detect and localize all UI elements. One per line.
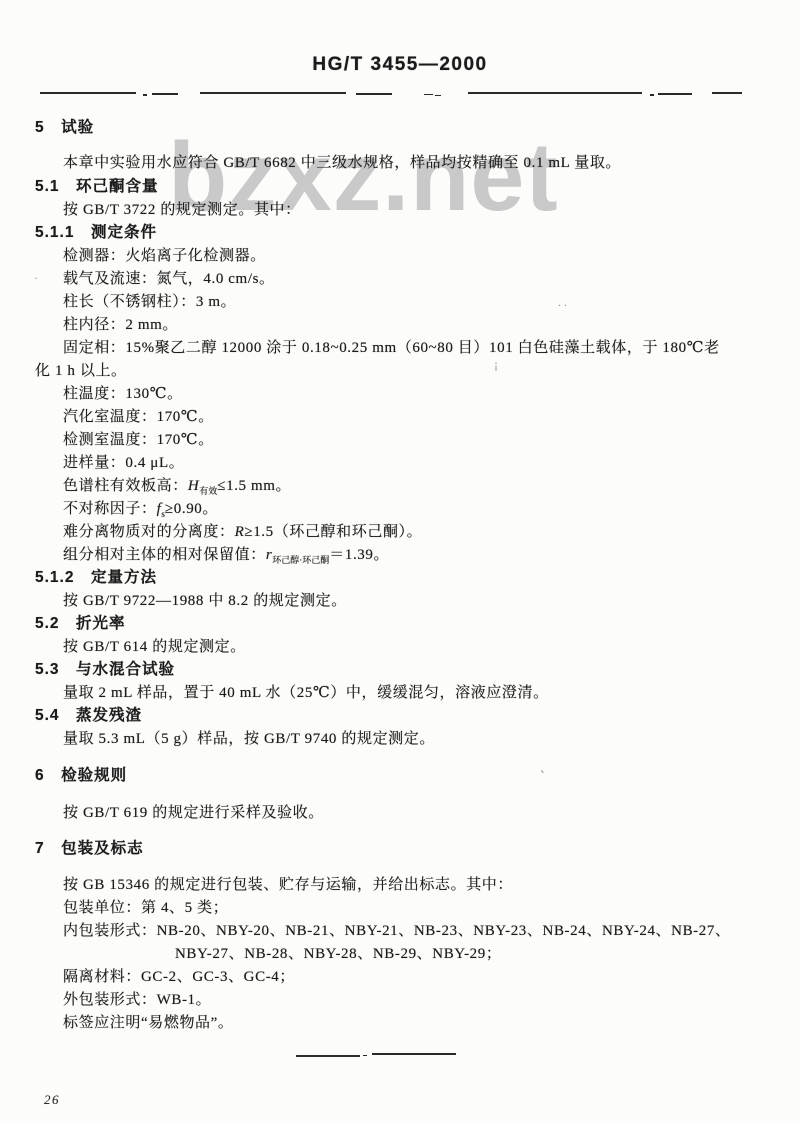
end-rule-segment xyxy=(372,1053,456,1055)
page-number: 26 xyxy=(44,1092,60,1108)
text-line: 按 GB/T 614 的规定测定。 xyxy=(63,637,246,657)
text-line: 检测器：火焰离子化检测器。 xyxy=(63,246,266,266)
text-line: 标签应注明“易燃物品”。 xyxy=(63,1013,234,1033)
text-line: 包装单位：第 4、5 类； xyxy=(63,898,228,918)
header-rule-segment xyxy=(424,94,433,95)
text-line: 载气及流速：氮气，4.0 cm/s。 xyxy=(63,269,275,289)
section-heading: 7 包装及标志 xyxy=(35,839,144,859)
text-line: 量取 5.3 mL（5 g）样品，按 GB/T 9740 的规定测定。 xyxy=(63,729,435,749)
text-line: 组分相对主体的相对保留值：r环己醇·环己酮＝1.39。 xyxy=(63,545,389,570)
section-heading: 5.4 蒸发残渣 xyxy=(35,706,142,726)
header-rule-segment xyxy=(650,94,654,96)
header-rule-segment xyxy=(200,92,346,94)
text-line: 量取 2 mL 样品，置于 40 mL 水（25℃）中，缓缓混匀，溶液应澄清。 xyxy=(63,683,549,703)
end-rule-segment xyxy=(296,1055,360,1057)
text-line: 难分离物质对的分离度：R≥1.5（环己醇和环己酮）。 xyxy=(63,522,422,542)
text-line: 本章中实验用水应符合 GB/T 6682 中三级水规格，样品均按精确至 0.1 … xyxy=(63,153,621,173)
header-rule-segment xyxy=(658,93,692,95)
text-line: 内包装形式：NB-20、NBY-20、NB-21、NBY-21、NB-23、NB… xyxy=(63,921,731,941)
text-line: 检测室温度：170℃。 xyxy=(63,430,214,450)
header-rule-segment xyxy=(468,92,642,94)
scan-artifact: · xyxy=(34,272,38,284)
text-line: 按 GB/T 9722—1988 中 8.2 的规定测定。 xyxy=(63,591,347,611)
text-line: 按 GB/T 619 的规定进行采样及验收。 xyxy=(63,803,324,823)
section-heading: 5 试验 xyxy=(35,118,94,138)
section-heading: 5.1.2 定量方法 xyxy=(35,568,157,588)
text-line: 按 GB/T 3722 的规定测定。其中： xyxy=(63,200,301,220)
text-line: 柱温度：130℃。 xyxy=(63,384,183,404)
section-heading: 6 检验规则 xyxy=(35,766,127,786)
section-heading: 5.1 环己酮含量 xyxy=(35,177,159,197)
header-rule-segment xyxy=(435,95,441,96)
text-line: 汽化室温度：170℃。 xyxy=(63,407,214,427)
text-line: 不对称因子：fs≥0.90。 xyxy=(63,499,218,524)
text-line: 柱长（不锈钢柱）：3 m。 xyxy=(63,292,236,312)
text-line: 化 1 h 以上。 xyxy=(35,361,127,381)
section-heading: 5.3 与水混合试验 xyxy=(35,660,175,680)
header-rule-segment xyxy=(152,93,178,95)
text-line: 柱内径：2 mm。 xyxy=(63,315,178,335)
scan-artifact: ¡ xyxy=(494,358,498,370)
scan-artifact: . . xyxy=(558,296,567,308)
text-line: 隔离材料：GC-2、GC-3、GC-4； xyxy=(63,967,295,987)
scan-artifact: 、 xyxy=(540,762,552,774)
text-line: NBY-27、NB-28、NBY-28、NB-29、NBY-29； xyxy=(175,944,501,964)
header-rule-segment xyxy=(712,92,742,94)
document-page: bzxz.net HG/T 3455—2000 5 试验本章中实验用水应符合 G… xyxy=(0,0,800,1123)
text-line: 外包装形式：WB-1。 xyxy=(63,990,211,1010)
text-line: 按 GB 15346 的规定进行包装、贮存与运输，并给出标志。其中： xyxy=(63,875,513,895)
text-line: 固定相：15%聚乙二醇 12000 涂于 0.18~0.25 mm（60~80 … xyxy=(63,338,720,358)
header-rule-segment xyxy=(40,92,136,94)
section-heading: 5.2 折光率 xyxy=(35,614,126,634)
document-body: 5 试验本章中实验用水应符合 GB/T 6682 中三级水规格，样品均按精确至 … xyxy=(0,0,800,1123)
header-rule-segment xyxy=(356,93,392,95)
text-line: 色谱柱有效板高：H有效≤1.5 mm。 xyxy=(63,476,291,501)
end-rule-segment xyxy=(363,1055,367,1056)
header-rule-segment xyxy=(143,94,147,96)
text-line: 进样量：0.4 μL。 xyxy=(63,453,184,473)
section-heading: 5.1.1 测定条件 xyxy=(35,223,157,243)
